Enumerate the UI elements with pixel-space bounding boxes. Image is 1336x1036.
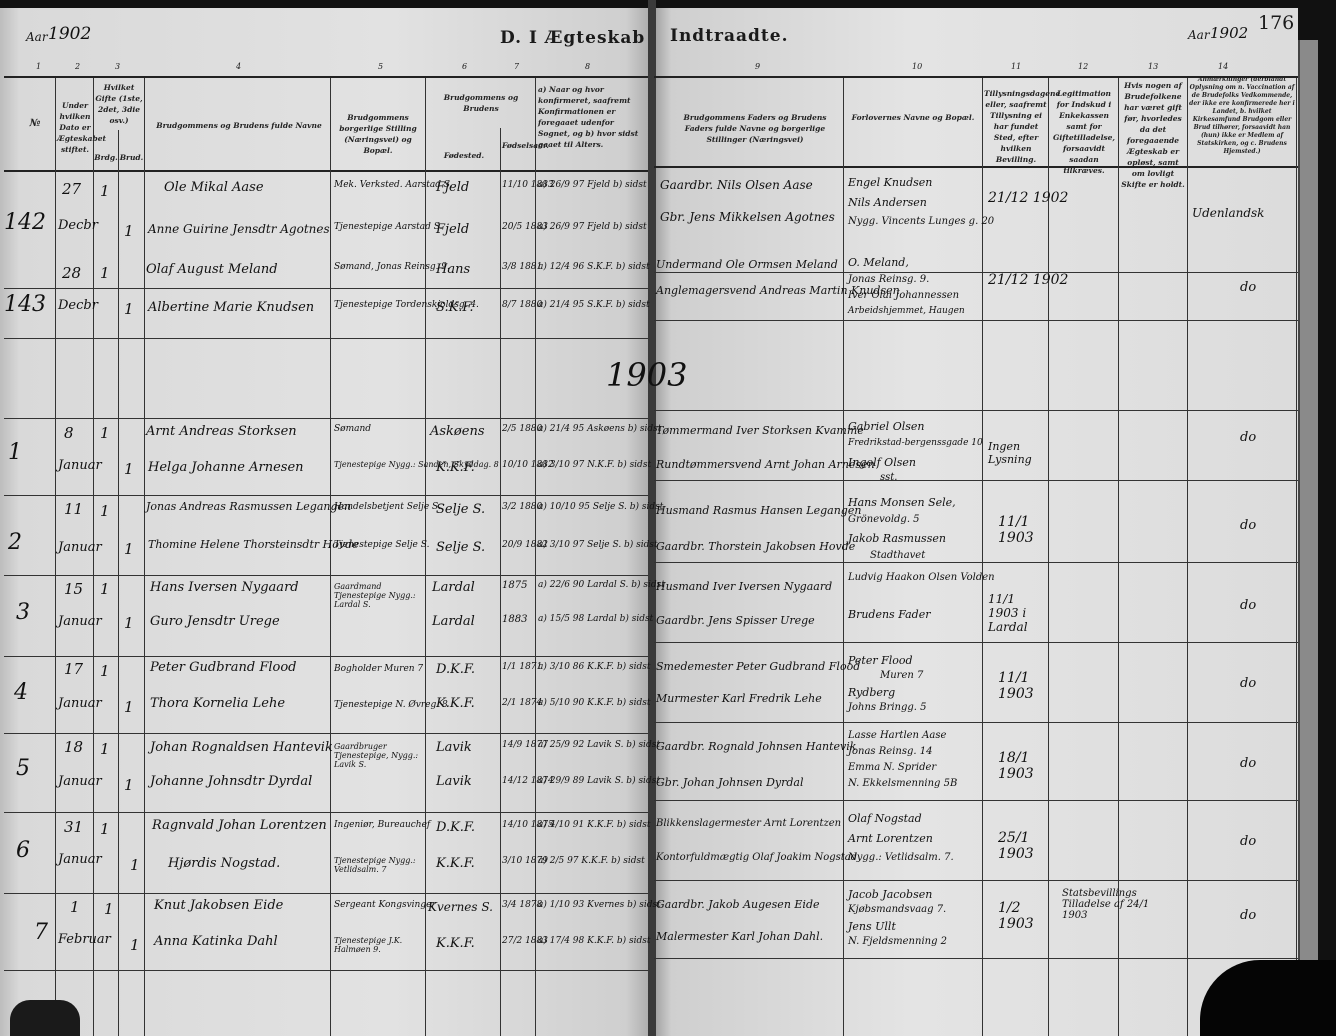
groom-birthdate: 1/1 1871 bbox=[502, 662, 542, 672]
entry-month: Februar bbox=[58, 932, 111, 947]
groom-name: Knut Jakobsen Eide bbox=[154, 898, 283, 913]
bride-occupation: Tjenestepige Aarstad S. bbox=[334, 222, 443, 232]
banns-date: 21/12 1902 bbox=[988, 190, 1068, 206]
banns-date: 11/1 1903 i Lardal bbox=[988, 592, 1044, 634]
witness-address: Stadthavet bbox=[870, 550, 925, 561]
bride-father: Gbr. Johan Johnsen Dyrdal bbox=[656, 776, 803, 789]
entry-month: Januar bbox=[58, 614, 102, 629]
bride-occupation: Tjenestepige N. Øvreg. 8 bbox=[334, 700, 448, 710]
groom-confirmation: a) 25/9 92 Lavik S. b) sidst bbox=[538, 740, 660, 750]
bride-confirmation: a) 3/10 97 Selje S. b) sidst bbox=[538, 540, 658, 550]
remarks: do bbox=[1240, 430, 1256, 445]
bride-birthplace: K.K.F. bbox=[436, 856, 475, 871]
bride-name: Helga Johanne Arnesen bbox=[148, 460, 304, 475]
entry-day: 8 bbox=[64, 424, 74, 442]
row-divider bbox=[654, 272, 1298, 273]
entry-day: 11 bbox=[64, 500, 83, 518]
bride-marriage-count: 1 bbox=[130, 856, 140, 874]
row-divider bbox=[654, 800, 1298, 801]
col-line bbox=[1296, 78, 1297, 1036]
entry-month: Decbr bbox=[58, 298, 98, 313]
entry-number: 142 bbox=[4, 210, 46, 235]
col-line bbox=[55, 78, 56, 1036]
row-divider bbox=[654, 722, 1298, 723]
right-page bbox=[652, 8, 1298, 1036]
bride-name: Guro Jensdtr Urege bbox=[150, 614, 280, 629]
entry-month: Januar bbox=[58, 852, 102, 867]
bride-birthplace: Lardal bbox=[432, 614, 475, 629]
col-header-previous-marriage: Hvis nogen af Brudefolkene har været gif… bbox=[1120, 80, 1186, 190]
groom-birthplace: Askøens bbox=[430, 424, 485, 439]
groom-father: Tømmermand Iver Storksen Kvamme bbox=[656, 424, 864, 437]
bride-name: Hjørdis Nogstad. bbox=[168, 856, 280, 871]
witness: Jakob Rasmussen bbox=[848, 532, 946, 545]
bride-name: Anna Katinka Dahl bbox=[154, 934, 278, 949]
page-edge bbox=[1298, 40, 1318, 1036]
groom-birthplace: Fjeld bbox=[436, 180, 469, 195]
bride-birthplace: S.K.F. bbox=[436, 300, 474, 315]
col-header-date: Under hvilken Dato er Ægteskabet stiftet… bbox=[57, 100, 93, 155]
entry-number: 4 bbox=[14, 680, 28, 705]
witness: Jens Ullt bbox=[848, 920, 896, 933]
bride-confirmation: a) 3/10 97 N.K.F. b) sidst bbox=[538, 460, 651, 470]
witness: Peter Flood bbox=[848, 654, 913, 667]
colnum-7: 7 bbox=[514, 62, 519, 71]
bride-confirmation: a) 15/5 98 Lardal b) sidst bbox=[538, 614, 653, 624]
entry-number: 1 bbox=[8, 440, 22, 465]
bride-birthdate: 2/1 1874 bbox=[502, 698, 542, 708]
entry-number: 143 bbox=[4, 292, 46, 317]
groom-birthplace: Hans bbox=[436, 262, 470, 277]
witness: Arnt Lorentzen bbox=[848, 832, 933, 845]
col-line bbox=[843, 78, 844, 1036]
col-header-banns: Tillysningsdagene eller, saafremt Tillys… bbox=[984, 88, 1048, 165]
bride-father: Gaardbr. Jens Spisser Urege bbox=[656, 614, 815, 627]
colnum-8: 8 bbox=[585, 62, 590, 71]
groom-occupation: Handelsbetjent Selje S. bbox=[334, 502, 441, 512]
entry-number: 2 bbox=[8, 530, 22, 555]
col-header-birthyear: Fødselsaar. bbox=[502, 140, 535, 151]
row-divider bbox=[4, 338, 648, 339]
groom-birthplace: D.K.F. bbox=[436, 662, 475, 677]
colnum-3: 3 bbox=[115, 62, 120, 71]
entry-day: 15 bbox=[64, 580, 83, 598]
colnum-14: 14 bbox=[1218, 62, 1228, 71]
row-divider bbox=[4, 812, 648, 813]
colnum-2: 2 bbox=[75, 62, 80, 71]
left-year: 1902 bbox=[48, 24, 91, 44]
groom-confirmation: a) 4/10 91 K.K.F. b) sidst bbox=[538, 820, 650, 830]
legitimation: Statsbevillings Tilladelse af 24/1 1903 bbox=[1062, 888, 1172, 921]
entry-number: 3 bbox=[16, 600, 30, 625]
bride-marriage-count: 1 bbox=[124, 614, 134, 632]
remarks: Udenlandsk bbox=[1192, 206, 1264, 220]
witness-address: Nygg.: Vetlidsalm. 7. bbox=[848, 852, 954, 863]
groom-occupation: Bogholder Muren 7 bbox=[334, 664, 423, 674]
bride-name: Anne Guirine Jensdtr Agotnes bbox=[148, 222, 330, 236]
groom-occupation: Sømand, Jonas Reinsg. 9. bbox=[334, 262, 450, 272]
groom-marriage-count: 1 bbox=[100, 182, 110, 200]
bride-birthdate: 8/7 1880 bbox=[502, 300, 542, 310]
register-title-right: Indtraadte. bbox=[670, 26, 789, 46]
col-header-bride-count: Brud. bbox=[119, 152, 144, 163]
witness: Rydberg bbox=[848, 686, 895, 699]
groom-marriage-count: 1 bbox=[104, 900, 114, 918]
groom-father: Blikkenslagermester Arnt Lorentzen bbox=[656, 818, 841, 829]
bride-name: Thora Kornelia Lehe bbox=[150, 696, 285, 711]
witness: Lasse Hartlen Aase bbox=[848, 730, 946, 741]
banns-date: 21/12 1902 bbox=[988, 272, 1068, 288]
entry-number: 6 bbox=[16, 838, 30, 863]
banns-date: 25/1 1903 bbox=[998, 830, 1038, 862]
entry-month: Decbr bbox=[58, 218, 98, 233]
colnum-4: 4 bbox=[236, 62, 241, 71]
remarks: do bbox=[1240, 908, 1256, 923]
bride-occupation: Tjenestepige Nygg.: Vetlidsalm. 7 bbox=[334, 856, 424, 874]
colnum-10: 10 bbox=[912, 62, 922, 71]
witness: Ludvig Haakon Olsen Volden bbox=[848, 572, 995, 583]
witness-address: Jonas Reinsg. 14 bbox=[848, 746, 932, 757]
bride-father: Kontorfuldmægtig Olaf Joakim Nogstad bbox=[656, 852, 857, 863]
groom-occupation: Sømand bbox=[334, 424, 371, 434]
bride-birthdate: 1883 bbox=[502, 614, 527, 625]
bride-birthplace: K.K.F. bbox=[436, 696, 475, 711]
entry-month: Januar bbox=[58, 458, 102, 473]
groom-birthdate: 3/8 1881 bbox=[502, 262, 542, 272]
witness-address: N. Ekkelsmenning 5B bbox=[848, 778, 957, 789]
bride-confirmation: a) 2/5 97 K.K.F. b) sidst bbox=[538, 856, 645, 866]
row-divider bbox=[654, 320, 1298, 321]
remarks: do bbox=[1240, 676, 1256, 691]
witness: Ingolf Olsen bbox=[848, 456, 916, 469]
groom-father: Gaardbr. Rognald Johnsen Hantevik bbox=[656, 740, 856, 753]
banns-date: 18/1 1903 bbox=[998, 750, 1038, 782]
entry-day: 31 bbox=[64, 818, 83, 836]
colnum-9: 9 bbox=[755, 62, 760, 71]
register-title-left: D. I Ægteskab bbox=[500, 28, 645, 48]
bride-confirmation: a) 29/9 89 Lavik S. b) sidst bbox=[538, 776, 660, 786]
witness: Engel Knudsen bbox=[848, 176, 932, 189]
row-divider bbox=[4, 970, 648, 971]
colnum-5: 5 bbox=[378, 62, 383, 71]
bride-father: Malermester Karl Johan Dahl. bbox=[656, 930, 823, 943]
row-divider bbox=[654, 880, 1298, 881]
groom-confirmation: a) 26/9 97 Fjeld b) sidst bbox=[538, 180, 647, 190]
bride-marriage-count: 1 bbox=[130, 936, 140, 954]
row-divider bbox=[4, 495, 648, 496]
witness: Gabriel Olsen bbox=[848, 420, 924, 433]
right-year: 1902 bbox=[1210, 24, 1248, 42]
witness-address: sst. bbox=[880, 472, 897, 483]
groom-name: Jonas Andreas Rasmussen Legangen bbox=[146, 500, 351, 513]
witness: Hans Monsen Sele, bbox=[848, 496, 956, 509]
bride-father: Rundtømmersvend Arnt Johan Arnesen bbox=[656, 458, 875, 471]
remarks: do bbox=[1240, 598, 1256, 613]
col-header-names: Brudgommens og Brudens fulde Navne bbox=[150, 120, 328, 131]
groom-confirmation: a) 1/10 93 Kvernes b) sidst bbox=[538, 900, 661, 910]
groom-occupation: Gaardbruger Tjenestepige, Nygg.: Lavik S… bbox=[334, 742, 424, 769]
bride-confirmation: a) 26/9 97 Fjeld b) sidst bbox=[538, 222, 647, 232]
groom-marriage-count: 1 bbox=[100, 740, 110, 758]
bride-marriage-count: 1 bbox=[124, 776, 134, 794]
groom-marriage-count: 1 bbox=[100, 264, 110, 282]
col-header-birthplace: Fødested. bbox=[428, 150, 500, 161]
row-divider bbox=[4, 893, 648, 894]
bride-confirmation: a) 5/10 90 K.K.F. b) sidst bbox=[538, 698, 650, 708]
groom-marriage-count: 1 bbox=[100, 502, 110, 520]
col-header-occupation: Brudgommens borgerlige Stilling (Nærings… bbox=[332, 112, 424, 156]
groom-confirmation: a) 3/10 86 K.K.F. b) sidst bbox=[538, 662, 650, 672]
bride-occupation: Tjenestepige J.K. Halmøen 9. bbox=[334, 936, 424, 954]
groom-father: Undermand Ole Ormsen Meland bbox=[656, 258, 838, 271]
entry-month: Januar bbox=[58, 696, 102, 711]
groom-birthplace: Selje S. bbox=[436, 502, 485, 517]
groom-father: Husmand Rasmus Hansen Legangen bbox=[656, 504, 861, 517]
header-bottom-left bbox=[4, 170, 648, 172]
bride-confirmation: a) 21/4 95 S.K.F. b) sidst bbox=[538, 300, 650, 310]
groom-name: Arnt Andreas Storksen bbox=[146, 424, 297, 439]
groom-name: Ragnvald Johan Lorentzen bbox=[152, 818, 327, 833]
entry-number: 7 bbox=[34, 920, 48, 945]
col-header-fathers: Brudgommens Faders og Brudens Faders ful… bbox=[670, 112, 840, 145]
col-line bbox=[1048, 78, 1049, 1036]
entry-day: 18 bbox=[64, 738, 83, 756]
groom-father: Smedemester Peter Gudbrand Flood bbox=[656, 660, 860, 673]
witness-address: Nygg. Vincents Lunges g. 20 bbox=[848, 216, 994, 227]
groom-occupation: Mek. Verksted. Aarstad S. bbox=[334, 180, 453, 190]
groom-birthdate: 3/4 1878 bbox=[502, 900, 542, 910]
row-divider bbox=[654, 410, 1298, 411]
groom-birthdate: 3/2 1880 bbox=[502, 502, 542, 512]
bride-name: Thomine Helene Thorsteinsdtr Hovde bbox=[148, 538, 359, 551]
groom-birthplace: Kvernes S. bbox=[428, 900, 493, 914]
bride-marriage-count: 1 bbox=[124, 460, 134, 478]
bride-father: Murmester Karl Fredrik Lehe bbox=[656, 692, 822, 705]
banns-date: 11/1 1903 bbox=[998, 670, 1038, 702]
bride-marriage-count: 1 bbox=[124, 698, 134, 716]
groom-marriage-count: 1 bbox=[100, 662, 110, 680]
col-header-witnesses: Forlovernes Navne og Bopæl. bbox=[846, 112, 980, 123]
col-line bbox=[144, 78, 145, 1036]
groom-marriage-count: 1 bbox=[100, 424, 110, 442]
witness: Brudens Fader bbox=[848, 608, 930, 621]
bride-name: Johanne Johnsdtr Dyrdal bbox=[150, 774, 312, 789]
year-divider: 1903 bbox=[606, 356, 687, 394]
col-line bbox=[118, 130, 119, 1036]
banns-date: Ingen Lysning bbox=[988, 440, 1043, 466]
entry-month: Januar bbox=[58, 774, 102, 789]
witness-address: Kjøbsmandsvaag 7. bbox=[848, 904, 946, 915]
left-year-label: Aar bbox=[26, 30, 48, 44]
witness-address: Johns Bringg. 5 bbox=[848, 702, 927, 713]
remarks: do bbox=[1240, 518, 1256, 533]
bride-birthplace: Fjeld bbox=[436, 222, 469, 237]
bride-name: Albertine Marie Knudsen bbox=[148, 300, 314, 315]
bride-birthplace: K.K.F. bbox=[436, 936, 475, 951]
banns-date: 1/2 1903 bbox=[998, 900, 1038, 932]
entry-number: 5 bbox=[16, 756, 30, 781]
witness: O. Meland, bbox=[848, 256, 909, 269]
col-header-confirmation: a) Naar og hvor konfirmeret, saafremt Ko… bbox=[538, 84, 644, 150]
witness-address: Fredrikstad-bergenssgade 10 bbox=[848, 438, 983, 448]
colnum-6: 6 bbox=[462, 62, 467, 71]
row-divider bbox=[4, 288, 648, 289]
bride-birthplace: Lavik bbox=[436, 774, 472, 789]
row-divider bbox=[654, 480, 1298, 481]
entry-day: 1 bbox=[70, 898, 80, 916]
groom-confirmation: a) 22/6 90 Lardal S. b) sidst bbox=[538, 580, 665, 590]
bride-occupation: Tjenestepige Selje S. bbox=[334, 540, 429, 550]
witness: Jacob Jacobsen bbox=[848, 888, 932, 901]
col-header-remarks: Anmærkninger (derblandt Oplysning om n. … bbox=[1189, 76, 1295, 156]
row-divider bbox=[4, 575, 648, 576]
witness: Nils Andersen bbox=[848, 196, 927, 209]
row-divider bbox=[654, 642, 1298, 643]
clip-shadow bbox=[10, 1000, 80, 1036]
witness: Olaf Nogstad bbox=[848, 812, 922, 825]
groom-birthdate: 1875 bbox=[502, 580, 527, 591]
groom-father: Gaardbr. Jakob Augesen Eide bbox=[656, 898, 820, 911]
row-divider bbox=[654, 562, 1298, 563]
colnum-11: 11 bbox=[1011, 62, 1021, 71]
remarks: do bbox=[1240, 834, 1256, 849]
bride-birthplace: Selje S. bbox=[436, 540, 485, 555]
groom-marriage-count: 1 bbox=[100, 820, 110, 838]
groom-name: Hans Iversen Nygaard bbox=[150, 580, 299, 595]
witness-address: N. Fjeldsmenning 2 bbox=[848, 936, 947, 947]
bride-father: Gbr. Jens Mikkelsen Agotnes bbox=[660, 210, 835, 224]
groom-name: Johan Rognaldsen Hantevik bbox=[150, 740, 333, 755]
row-divider bbox=[654, 958, 1298, 959]
bride-father: Gaardbr. Thorstein Jakobsen Hovde bbox=[656, 540, 855, 553]
bride-confirmation: a) 17/4 98 K.K.F. b) sidst bbox=[538, 936, 650, 946]
groom-birthplace: Lardal bbox=[432, 580, 475, 595]
groom-name: Peter Gudbrand Flood bbox=[150, 660, 296, 675]
col-line bbox=[1187, 78, 1188, 1036]
groom-birthplace: Lavik bbox=[436, 740, 472, 755]
colnum-13: 13 bbox=[1148, 62, 1158, 71]
witness: Emma N. Sprider bbox=[848, 762, 936, 773]
right-year-label: Aar bbox=[1188, 28, 1210, 42]
bride-birthplace: K.K.F. bbox=[436, 460, 475, 475]
col-header-birth-group: Brudgommens og Brudens bbox=[428, 92, 534, 114]
bride-marriage-count: 1 bbox=[124, 300, 134, 318]
col-line bbox=[500, 128, 501, 1036]
col-header-groom-count: Brdg. bbox=[94, 152, 118, 163]
groom-marriage-count: 1 bbox=[100, 580, 110, 598]
row-divider bbox=[4, 418, 648, 419]
groom-occupation: Sergeant Kongsvinger bbox=[334, 900, 436, 910]
row-divider bbox=[4, 733, 648, 734]
witness-address: Arbeidshjemmet, Haugen bbox=[848, 306, 965, 316]
groom-occupation: Ingeniør, Bureauchef bbox=[334, 820, 430, 830]
colnum-1: 1 bbox=[36, 62, 41, 71]
col-header-no: № bbox=[20, 118, 50, 129]
witness-address: Muren 7 bbox=[880, 670, 923, 681]
groom-confirmation: a) 10/10 95 Selje S. b) sidst bbox=[538, 502, 663, 512]
groom-father: Gaardbr. Nils Olsen Aase bbox=[660, 178, 813, 192]
bride-marriage-count: 1 bbox=[124, 540, 134, 558]
entry-month: Januar bbox=[58, 540, 102, 555]
col-line bbox=[330, 78, 331, 1036]
witness-address: Jonas Reinsg. 9. bbox=[848, 274, 929, 285]
groom-name: Ole Mikal Aase bbox=[164, 180, 264, 195]
groom-confirmation: a) 12/4 96 S.K.F. b) sidst bbox=[538, 262, 650, 272]
entry-day: 17 bbox=[64, 660, 83, 678]
groom-occupation: Gaardmand Tjenestepige Nygg.: Lardal S. bbox=[334, 582, 424, 609]
row-divider bbox=[4, 656, 648, 657]
header-rule-left bbox=[4, 76, 648, 78]
witness-address: Grönevoldg. 5 bbox=[848, 514, 920, 525]
groom-confirmation: a) 21/4 95 Askøens b) sidst bbox=[538, 424, 661, 434]
entry-day: 27 bbox=[62, 180, 81, 198]
page-number: 176 bbox=[1258, 12, 1294, 34]
witness: Iver Olai Johannessen bbox=[848, 290, 959, 301]
col-header-legitimation: Legitimation for Indskud i Enkekassen sa… bbox=[1050, 88, 1118, 176]
groom-birthdate: 2/5 1880 bbox=[502, 424, 542, 434]
remarks: do bbox=[1240, 280, 1256, 295]
groom-name: Olaf August Meland bbox=[146, 262, 278, 277]
remarks: do bbox=[1240, 756, 1256, 771]
colnum-12: 12 bbox=[1078, 62, 1088, 71]
bride-marriage-count: 1 bbox=[124, 222, 134, 240]
col-header-marriage-no: Hvilket Gifte (1ste, 2det, 3die osv.) bbox=[94, 82, 144, 126]
groom-birthplace: D.K.F. bbox=[436, 820, 475, 835]
groom-father: Husmand Iver Iversen Nygaard bbox=[656, 580, 832, 593]
header-bottom-right bbox=[654, 166, 1298, 168]
entry-day: 28 bbox=[62, 264, 81, 282]
banns-date: 11/1 1903 bbox=[998, 514, 1038, 546]
